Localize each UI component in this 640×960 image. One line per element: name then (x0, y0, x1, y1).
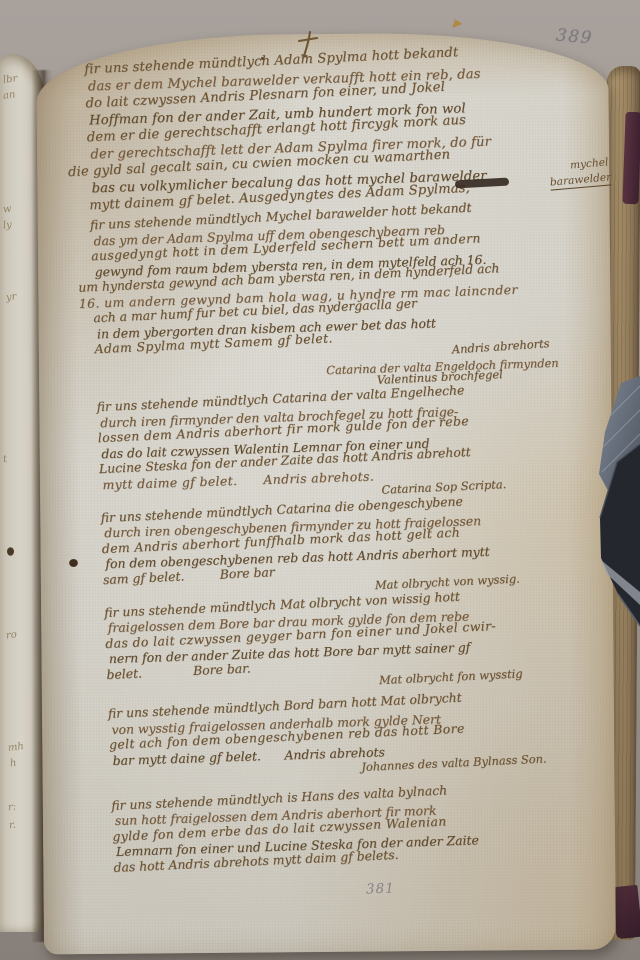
edge-text-fragment: r. (8, 820, 16, 832)
edge-text-fragment: ro (5, 629, 17, 641)
edge-text-fragment: r: (7, 802, 16, 814)
folio-number-bottom: 381 (366, 881, 395, 898)
entry-paragraph: fir uns stehende mündtlych is Hans des v… (99, 778, 640, 875)
ink-blot (7, 547, 14, 556)
folio-number-top: 389 (555, 25, 594, 48)
manuscript-photo: lbranwlyyrtromhhr:r. fir uns stehende mü… (0, 0, 640, 960)
edge-text-fragment: ly (2, 220, 12, 232)
book-weight-icon (588, 376, 640, 642)
entry-paragraph: fir uns stehende mündtlych Adam Spylma h… (72, 42, 619, 215)
cover-sliver-top (622, 112, 640, 205)
edge-text-fragment: an (2, 89, 16, 101)
manuscript-text: fir uns stehende mündtlych Adam Spylma h… (72, 42, 640, 878)
edge-text-fragment: lbr (2, 73, 18, 86)
paper-speck (450, 18, 463, 28)
edge-text-fragment: h (9, 758, 17, 770)
edge-text-fragment: t (2, 454, 7, 465)
entry-paragraph: fir uns stehende mündtlych Mychel barawe… (78, 198, 625, 357)
ink-blot (69, 559, 78, 567)
edge-text-fragment: yr (5, 291, 17, 303)
edge-text-fragment: mh (7, 741, 24, 754)
edge-text-fragment: w (2, 204, 12, 216)
